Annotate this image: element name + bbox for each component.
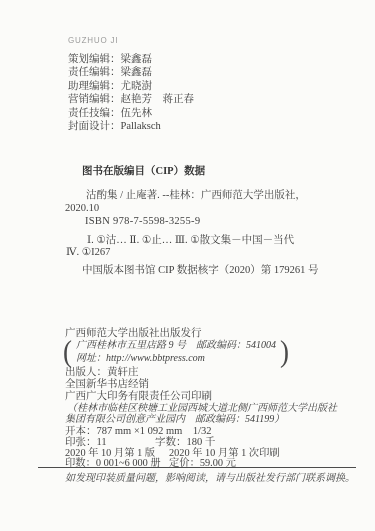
credit-value: 尤晓澍 (121, 81, 153, 92)
credit-label: 助理编辑： (68, 81, 121, 92)
credit-line-assistant: 助理编辑：尤晓澍 (68, 80, 194, 93)
credit-label: 营销编辑： (68, 94, 121, 105)
credit-line-marketing: 营销编辑：赵艳芳 蒋正春 (68, 93, 194, 106)
divider-rule (38, 467, 356, 468)
colophon-page: GUZHUO JI 策划编辑：梁鑫磊 责任编辑：梁鑫磊 助理编辑：尤晓澍 营销编… (0, 0, 375, 531)
credit-label: 策划编辑： (68, 54, 121, 65)
credit-line-technical: 责任技编：伍先林 (68, 107, 194, 120)
cip-entry-line2: 2020.10 (65, 203, 99, 215)
cip-classification-line1: Ⅰ. ①沽… Ⅱ. ①止… Ⅲ. ①散文集－中国－当代 (87, 235, 294, 247)
publisher-person: 出版人：黄轩庄 (65, 367, 139, 379)
credit-label: 责任编辑： (68, 67, 121, 78)
cip-classification-line2: Ⅳ. ①I267 (66, 247, 110, 259)
publisher-address: 广西桂林市五里店路 9 号 邮政编码：541004 网址：http://www.… (76, 339, 276, 365)
printer-line: 广西广大印务有限责任公司印刷 (65, 391, 212, 403)
isbn-number: ISBN 978-7-5598-3255-9 (85, 216, 200, 228)
cip-record-number: 中国版本图书馆 CIP 数据核字（2020）第 179261 号 (82, 265, 318, 277)
credit-label: 封面设计： (68, 121, 121, 132)
close-paren: ) (280, 336, 289, 367)
cip-heading: 图书在版编目（CIP）数据 (82, 166, 205, 178)
publisher-website: 网址：http://www.bbtpress.com (76, 352, 276, 365)
printer-address-line2: 集团有限公司创意产业园内 邮政编码：541199） (65, 414, 284, 426)
credit-line-cover-design: 封面设计：Pallaksch (68, 120, 194, 133)
publisher-address-line: 广西桂林市五里店路 9 号 邮政编码：541004 (76, 339, 276, 352)
quality-note: 如发现印装质量问题，影响阅读，请与出版社发行部门联系调换。 (65, 473, 355, 485)
credit-line-responsible: 责任编辑：梁鑫磊 (68, 66, 194, 79)
distribution-line: 全国新华书店经销 (65, 379, 149, 391)
credit-value: 梁鑫磊 (121, 54, 153, 65)
credit-label: 责任技编： (68, 108, 121, 119)
credit-value: 赵艳芳 蒋正春 (121, 94, 195, 105)
running-head: GUZHUO JI (68, 36, 118, 45)
credit-value: 伍先林 (121, 108, 153, 119)
word-count: 字数：180 千 (155, 437, 215, 448)
printrun-price-row: 印数：0 001~6 000 册定价：59.00 元 (65, 458, 236, 470)
credit-value: 梁鑫磊 (121, 67, 153, 78)
print-run: 印数：0 001~6 000 册 (65, 458, 169, 470)
publisher-address-group: ( 广西桂林市五里店路 9 号 邮政编码：541004 网址：http://ww… (63, 338, 289, 365)
credit-value: Pallaksch (121, 121, 161, 132)
credits-list: 策划编辑：梁鑫磊 责任编辑：梁鑫磊 助理编辑：尤晓澍 营销编辑：赵艳芳 蒋正春 … (68, 53, 194, 133)
cip-entry-line1: 沽酌集 / 止庵著. --桂林：广西师范大学出版社， (86, 190, 306, 202)
credit-line-planning: 策划编辑：梁鑫磊 (68, 53, 194, 66)
open-paren: ( (63, 336, 72, 367)
